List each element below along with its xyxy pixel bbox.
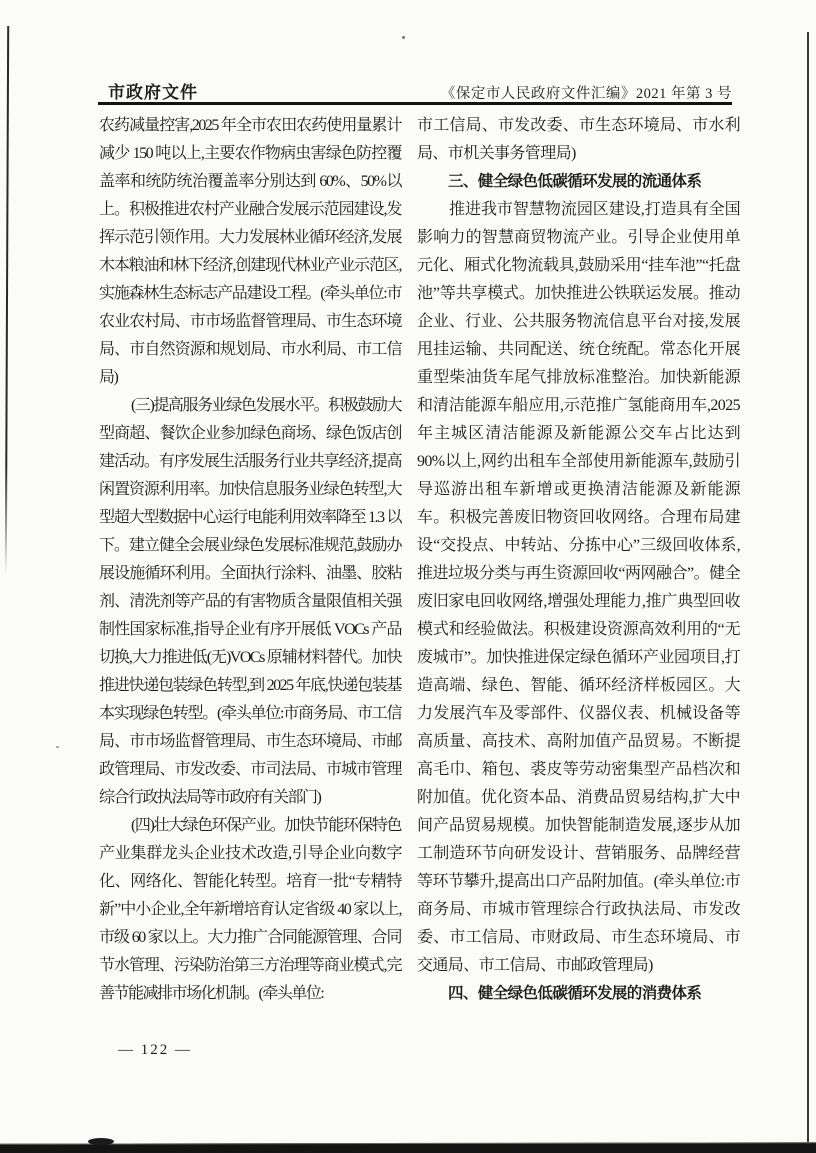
body-paragraph: 市工信局、市发改委、市生态环境局、市水利局、市机关事务管理局) <box>417 112 740 168</box>
body-paragraph: (三)提高服务业绿色发展水平。积极鼓励大型商超、餐饮企业参加绿色商场、绿色饭店创… <box>99 392 401 812</box>
scan-edge-artifact-left <box>5 26 9 576</box>
scan-speck-artifact <box>56 746 59 748</box>
header-rule <box>98 102 732 105</box>
header-doc-category: 市政府文件 <box>108 78 198 103</box>
scanned-document-page: 市政府文件 《保定市人民政府文件汇编》2021 年第 3 号 农药减量控害,20… <box>0 0 816 1153</box>
scan-speck-artifact <box>402 36 405 39</box>
body-paragraph: (四)壮大绿色环保产业。加快节能环保特色产业集群龙头企业技术改造,引导企业向数字… <box>99 812 401 1008</box>
left-text-column: 农药减量控害,2025 年全市农田农药使用量累计减少 150 吨以上,主要农作物… <box>99 112 401 1008</box>
section-heading: 四、健全绿色低碳循环发展的消费体系 <box>417 980 740 1008</box>
scan-edge-artifact-right <box>807 32 809 1142</box>
scan-edge-artifact-bottom <box>0 1142 816 1153</box>
section-heading: 三、健全绿色低碳循环发展的流通体系 <box>417 168 740 196</box>
right-text-column: 市工信局、市发改委、市生态环境局、市水利局、市机关事务管理局)三、健全绿色低碳循… <box>417 112 740 1008</box>
page-number: — 122 — <box>118 1042 192 1059</box>
header-publication-info: 《保定市人民政府文件汇编》2021 年第 3 号 <box>441 82 732 103</box>
body-paragraph: 推进我市智慧物流园区建设,打造具有全国影响力的智慧商贸物流产业。引导企业使用单元… <box>417 196 740 980</box>
body-paragraph: 农药减量控害,2025 年全市农田农药使用量累计减少 150 吨以上,主要农作物… <box>99 112 401 392</box>
scan-blob-artifact <box>88 1138 114 1145</box>
